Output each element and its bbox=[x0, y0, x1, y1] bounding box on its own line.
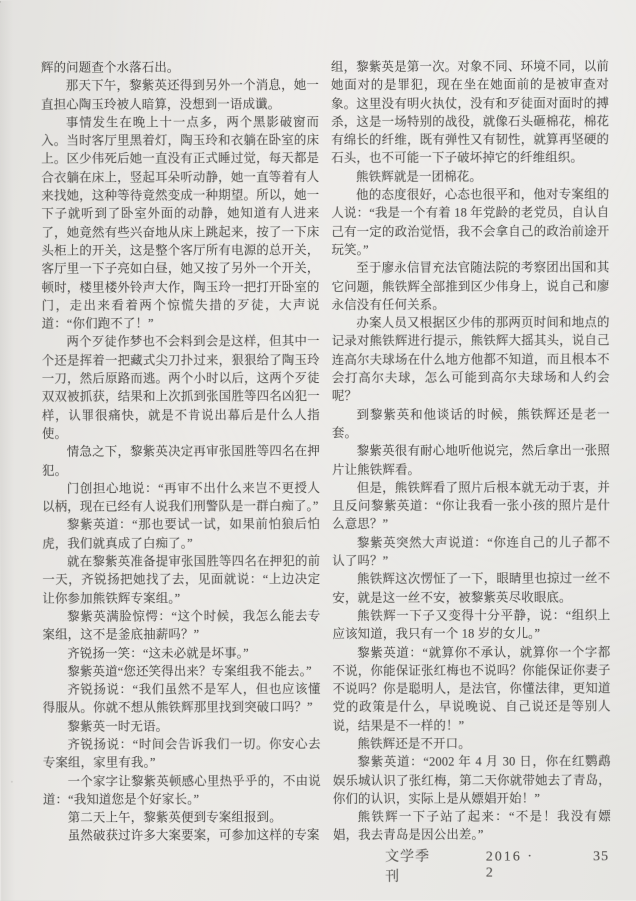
paragraph: 到黎紫英和他谈话的时候，熊铁辉还是老一套。 bbox=[332, 405, 610, 442]
paragraph: 黎紫英道：“就算你不承认，就算你一个字都不说，你能保证张红梅也不说吗？你能保证你… bbox=[333, 643, 611, 735]
paragraph: 黎紫英道“您还笑得出来？专案组我不能去。” bbox=[43, 662, 321, 681]
paragraph: 组，黎紫英是第一次。对象不同、环境不同，以前她面对的是罪犯，现在坐在她面前的是被… bbox=[331, 57, 609, 168]
paragraph: 黎紫英道：“那也要试一试，如果前怕狼后怕虎，我们就真成了白痴了。” bbox=[42, 515, 320, 552]
page-footer: 文学季刊 2016 · 2 35 bbox=[323, 845, 609, 886]
paragraph: 熊铁辉还是不开口。 bbox=[333, 734, 611, 753]
paragraph: 齐锐扬说：“时间会告诉我们一切。你安心去专案组，家里有我。” bbox=[43, 735, 321, 772]
page-number: 35 bbox=[593, 849, 609, 865]
paragraph: 虽然破获过许多大案要案，可参加这样的专案 bbox=[43, 826, 321, 845]
journal-title: 文学季刊 bbox=[385, 846, 444, 886]
paragraph: 两个歹徒作梦也不会料到会是这样，但其中一个还是挥着一把藏式尖刀扑过来，狠狠给了陶… bbox=[42, 332, 320, 443]
issue-number: 2016 · 2 bbox=[486, 849, 547, 881]
paragraph: 黎紫英突然大声说道：“你连自己的儿子都不认了吗？” bbox=[332, 533, 610, 570]
scanned-page: 辉的问题查个水落石出。那天下午，黎紫英还得到另外一个消息，她一直担心陶玉玲被人暗… bbox=[0, 0, 636, 900]
paragraph: 熊铁辉就是一团棉花。 bbox=[331, 167, 609, 186]
paragraph: 就在黎紫英准备提审张国胜等四名在押犯的前一天，齐锐扬把她找了去，见面就说：“上边… bbox=[42, 552, 320, 608]
text-column-right: 组，黎紫英是第一次。对象不同、环境不同，以前她面对的是罪犯，现在坐在她面前的是被… bbox=[331, 57, 611, 844]
paragraph: 黎紫英很有耐心地听他说完，然后拿出一张照片让熊铁辉看。 bbox=[332, 441, 610, 478]
paragraph: 黎紫英道：“2002 年 4 月 30 日，你在红鹦鹉娱乐城认识了张红梅，第二天… bbox=[333, 753, 611, 809]
paragraph: 他的态度很好，心态也很平和，他对专案组的人说：“我是一个有着 18 年党龄的老党… bbox=[331, 185, 609, 259]
page-body-text: 辉的问题查个水落石出。那天下午，黎紫英还得到另外一个消息，她一直担心陶玉玲被人暗… bbox=[41, 57, 611, 845]
paragraph: 门创担心地说：“再审不出什么来岂不更授人以柄，现在已经有人说我们刑警队是一群白痴… bbox=[42, 479, 320, 516]
paragraph: 第二天上午，黎紫英便到专案组报到。 bbox=[43, 808, 321, 827]
text-column-left: 辉的问题查个水落石出。那天下午，黎紫英还得到另外一个消息，她一直担心陶玉玲被人暗… bbox=[41, 58, 321, 845]
paragraph: 一个家字让黎紫英顿感心里热乎乎的，不由说道：“我知道您是个好家长。” bbox=[43, 772, 321, 809]
paragraph: 办案人员又根据区少伟的那两页时间和地点的记录对熊铁辉进行提示，熊铁辉大摇其头，说… bbox=[332, 313, 610, 405]
paragraph: 黎紫英满脸惊愕：“这个时候，我怎么能去专案组，这不是釜底抽薪吗？” bbox=[42, 607, 320, 644]
paragraph: 齐锐扬说：“我们虽然不是军人，但也应该懂得服从。你就不想从熊铁辉那里找到突破口吗… bbox=[43, 680, 321, 717]
paragraph: 事情发生在晚上十一点多，两个黑影破窗而入。当时客厅里黑着灯，陶玉玲和衣躺在卧室的… bbox=[41, 113, 320, 333]
paragraph: 至于廖永信冒充法官随法院的考察团出国和其它问题，熊铁辉全部推到区少伟身上，说自己… bbox=[332, 259, 610, 315]
paragraph: 辉的问题查个水落石出。 bbox=[41, 58, 319, 77]
paragraph: 情急之下，黎紫英决定再审张国胜等四名在押犯。 bbox=[42, 442, 320, 479]
paragraph: 但是，熊铁辉看了照片后根本就无动于衷，并且反问黎紫英道：“你让我看一张小孩的照片… bbox=[332, 478, 610, 534]
scan-edge-shade bbox=[0, 1, 15, 900]
paragraph: 熊铁辉这次愣怔了一下，眼睛里也掠过一丝不安，就是这一丝不安，被黎紫英尽收眼底。 bbox=[332, 570, 610, 607]
paragraph: 熊铁辉一下子又变得十分平静，说：“组织上应该知道，我只有一个 18 岁的女儿。” bbox=[332, 606, 610, 643]
paragraph: 齐锐扬一笑：“这未必就是坏事。” bbox=[43, 643, 321, 662]
paragraph: 黎紫英一时无语。 bbox=[43, 717, 321, 736]
paragraph: 那天下午，黎紫英还得到另外一个消息，她一直担心陶玉玲被人暗算，没想到一语成谶。 bbox=[41, 76, 319, 113]
paragraph: 熊铁辉一下子站了起来：“不是！我没有嫖娼，我去青岛是因公出差。” bbox=[333, 807, 611, 844]
